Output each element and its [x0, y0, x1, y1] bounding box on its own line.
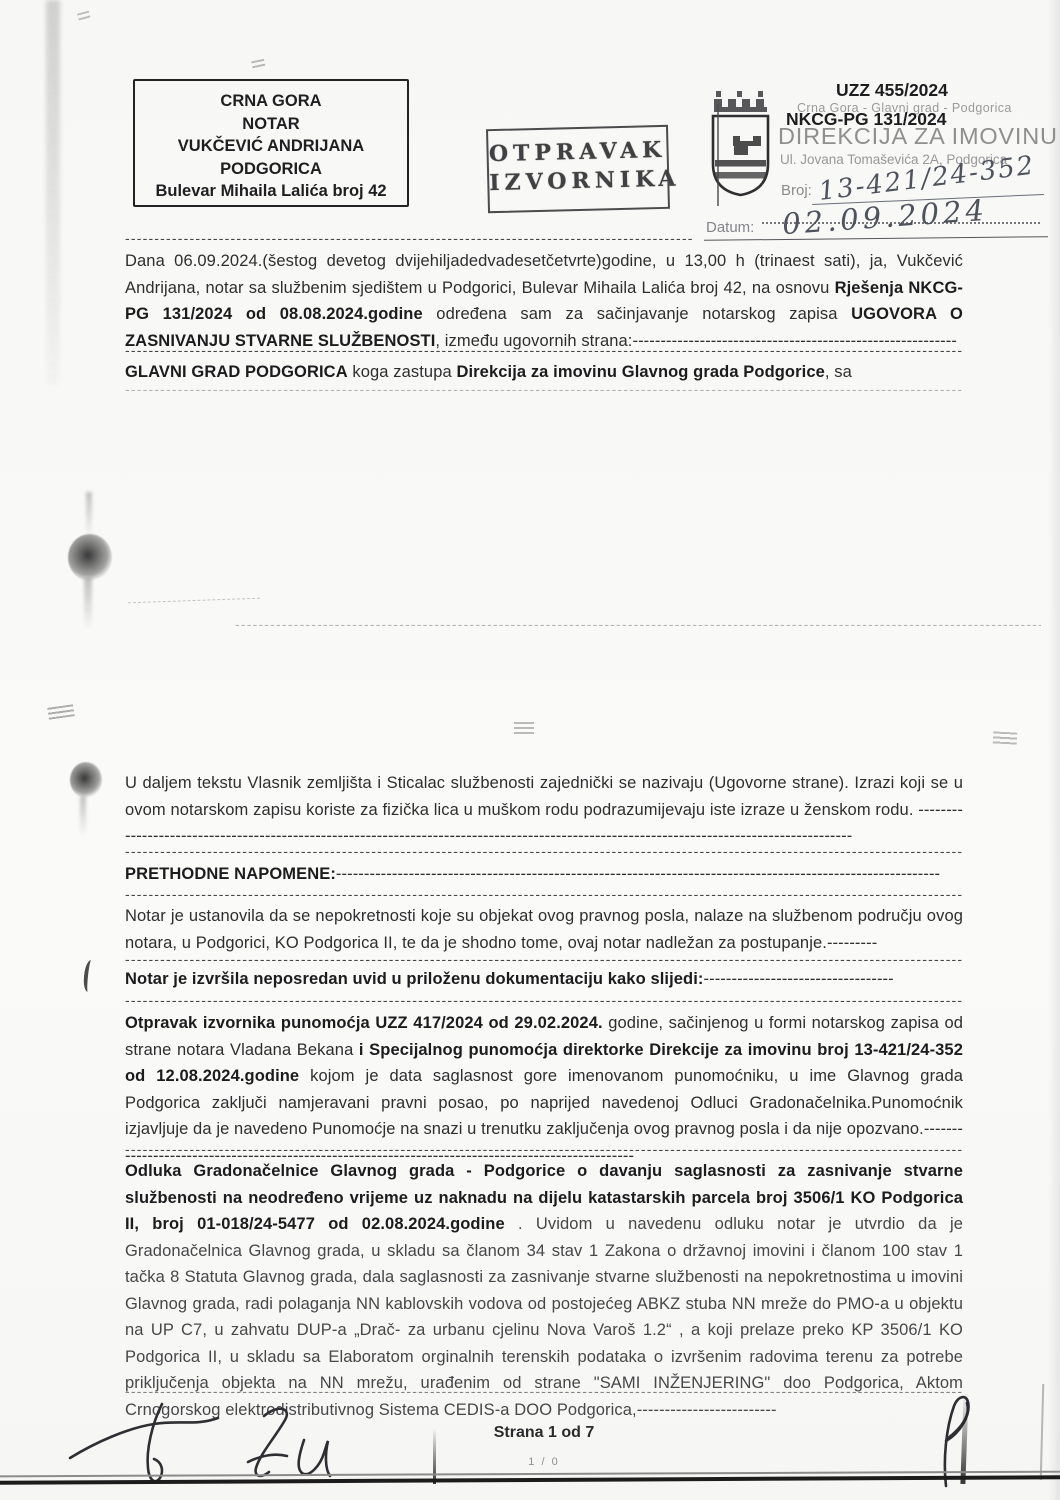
dashed-separator: ----------------------------------------… — [125, 843, 963, 858]
stamp-line-1: OTPRAVAK — [488, 136, 667, 169]
heading-prethodne-napomene: PRETHODNE NAPOMENE:---------------------… — [125, 861, 963, 888]
scan-smudge — [993, 731, 1018, 744]
heading-uvid-dokumentacija: Notar je izvršila neposredan uvid u pril… — [125, 966, 963, 993]
stamp-line-2: IZVORNIKA — [489, 165, 668, 198]
binding-streak — [86, 492, 92, 538]
scan-smudge — [47, 704, 74, 720]
scan-smudge — [251, 59, 266, 71]
direkcija-stamp-name: DIREKCIJA ZA IMOVINU — [778, 123, 1058, 150]
otpravak-izvornika-stamp: OTPRAVAK IZVORNIKA — [486, 125, 670, 213]
dashed-separator: ----------------------------------------… — [125, 951, 963, 966]
dashed-separator: ----------------------------------------… — [125, 886, 963, 901]
binding-hole-mark — [70, 762, 102, 798]
uzz-case-number: UZZ 455/2024 — [836, 80, 948, 101]
datum-label: Datum: — [706, 219, 754, 236]
datum-handwritten-value: 02.09.2024 — [781, 193, 989, 241]
binding-hole-mark — [68, 534, 112, 581]
page-counter-small: 1 / 0 — [125, 1456, 963, 1468]
scan-fold-streak — [433, 1428, 436, 1484]
notary-city: PODGORICA — [135, 158, 407, 181]
scan-smudge — [514, 722, 534, 734]
dashed-separator: ----------------------------------------… — [125, 992, 963, 1007]
notary-country: CRNA GORA — [135, 90, 407, 113]
faint-pencil-smudge — [128, 598, 260, 604]
scan-fold-line — [1040, 1384, 1045, 1480]
notary-name: VUKČEVIĆ ANDRIJANA — [135, 135, 407, 158]
dashed-separator-faint: ----------------------------------------… — [235, 616, 1041, 631]
paragraph-intro: Dana 06.09.2024.(šestog devetog dvijehil… — [125, 248, 963, 354]
scan-smudge — [77, 11, 91, 23]
binding-streak — [84, 578, 92, 630]
paragraph-nadleznost: Notar je ustanovila da se nepokretnosti … — [125, 903, 963, 956]
coat-of-arms-icon — [704, 86, 778, 208]
paragraph-ugovorne-strane: U daljem tekstu Vlasnik zemljišta i Stic… — [125, 770, 963, 850]
dashed-separator: ----------------------------------------… — [125, 1383, 963, 1398]
margin-ink-mark — [82, 960, 96, 993]
dashed-separator-faint: ----------------------------------------… — [125, 381, 963, 396]
dashed-separator: ----------------------------------------… — [125, 342, 963, 357]
datum-underline — [704, 236, 1048, 241]
right-edge-scan-shade — [1048, 0, 1060, 1500]
dashed-separator: ----------------------------------------… — [125, 230, 693, 245]
left-edge-scan-streak — [46, 0, 60, 385]
notary-header-box: CRNA GORA NOTAR VUKČEVIĆ ANDRIJANA PODGO… — [133, 79, 409, 207]
dashed-separator: ----------------------------------------… — [125, 1141, 963, 1156]
notary-address: Bulevar Mihaila Lalića broj 42 — [135, 180, 407, 203]
notary-title: NOTAR — [135, 113, 407, 136]
page-number-label: Strana 1 od 7 — [125, 1424, 963, 1442]
scanned-notary-document-page: CRNA GORA NOTAR VUKČEVIĆ ANDRIJANA PODGO… — [0, 0, 1060, 1500]
binding-streak — [80, 796, 86, 836]
broj-label: Broj: — [781, 182, 812, 199]
